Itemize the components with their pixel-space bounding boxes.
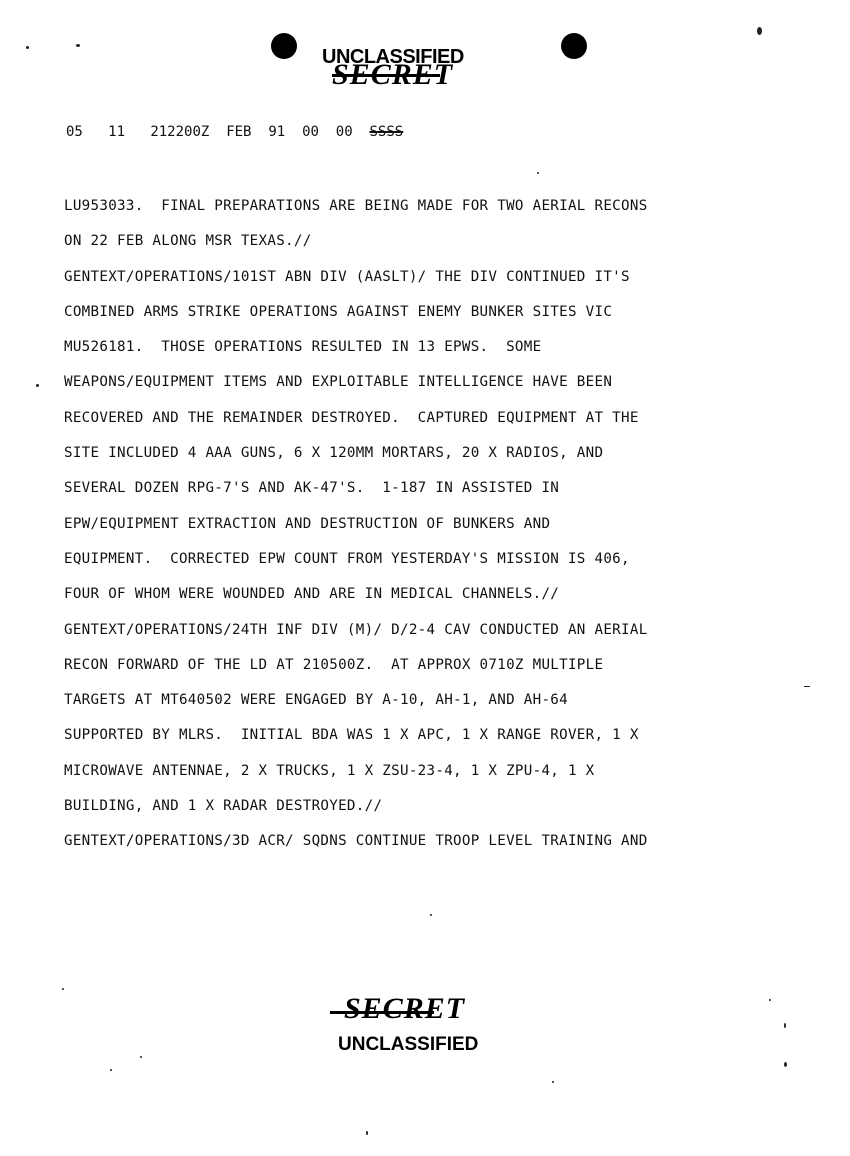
body-line: SUPPORTED BY MLRS. INITIAL BDA WAS 1 X A… — [64, 725, 804, 760]
body-line: BUILDING, AND 1 X RADAR DESTROYED.// — [64, 796, 804, 831]
header-field-code-b: 00 — [336, 124, 353, 140]
scan-speck — [804, 686, 810, 687]
body-line: LU953033. FINAL PREPARATIONS ARE BEING M… — [64, 196, 804, 231]
body-line: WEAPONS/EQUIPMENT ITEMS AND EXPLOITABLE … — [64, 372, 804, 407]
body-line: COMBINED ARMS STRIKE OPERATIONS AGAINST … — [64, 302, 804, 337]
scan-speck — [784, 1023, 786, 1028]
header-field-month: FEB — [226, 124, 251, 140]
scan-speck — [430, 914, 432, 916]
message-body: LU953033. FINAL PREPARATIONS ARE BEING M… — [64, 196, 804, 867]
message-header-line: 05 11 212200Z FEB 91 00 00 SSSS — [66, 124, 403, 140]
scan-speck — [366, 1131, 368, 1135]
body-line: MICROWAVE ANTENNAE, 2 X TRUCKS, 1 X ZSU-… — [64, 761, 804, 796]
scan-speck — [36, 384, 39, 387]
scanned-document-page: SECRET UNCLASSIFIED 05 11 212200Z FEB 91… — [0, 0, 850, 1156]
header-struck-field: SSSS — [370, 124, 404, 140]
body-line: RECON FORWARD OF THE LD AT 210500Z. AT A… — [64, 655, 804, 690]
strikethrough-line — [332, 74, 440, 77]
body-line: SEVERAL DOZEN RPG-7'S AND AK-47'S. 1-187… — [64, 478, 804, 513]
body-line: GENTEXT/OPERATIONS/101ST ABN DIV (AASLT)… — [64, 267, 804, 302]
body-line: GENTEXT/OPERATIONS/3D ACR/ SQDNS CONTINU… — [64, 831, 804, 866]
scan-speck — [784, 1062, 787, 1067]
strikethrough-line — [330, 1011, 434, 1014]
scan-speck — [62, 988, 64, 990]
unclassified-marking: UNCLASSIFIED — [338, 1034, 478, 1056]
body-line: SITE INCLUDED 4 AAA GUNS, 6 X 120MM MORT… — [64, 443, 804, 478]
scan-speck — [26, 46, 29, 49]
body-line: GENTEXT/OPERATIONS/24TH INF DIV (M)/ D/2… — [64, 620, 804, 655]
punch-hole-right — [561, 33, 587, 59]
scan-speck — [76, 44, 80, 47]
header-field-dtg: 212200Z — [150, 124, 209, 140]
body-line: ON 22 FEB ALONG MSR TEXAS.// — [64, 231, 804, 266]
scan-speck — [140, 1056, 142, 1058]
body-line: MU526181. THOSE OPERATIONS RESULTED IN 1… — [64, 337, 804, 372]
struck-secret-marking: SECRET — [344, 992, 465, 1026]
scan-speck — [552, 1081, 554, 1083]
header-field-page: 05 — [66, 124, 83, 140]
punch-hole-left — [271, 33, 297, 59]
top-classification-stamp: SECRET UNCLASSIFIED — [320, 46, 520, 96]
body-line: TARGETS AT MT640502 WERE ENGAGED BY A-10… — [64, 690, 804, 725]
body-line: EQUIPMENT. CORRECTED EPW COUNT FROM YEST… — [64, 549, 804, 584]
header-field-code-a: 00 — [302, 124, 319, 140]
header-field-section: 11 — [108, 124, 125, 140]
header-field-year: 91 — [268, 124, 285, 140]
body-line: FOUR OF WHOM WERE WOUNDED AND ARE IN MED… — [64, 584, 804, 619]
bottom-classification-stamp: SECRET UNCLASSIFIED — [330, 992, 530, 1062]
scan-speck — [769, 999, 771, 1001]
scan-speck — [757, 27, 762, 35]
scan-speck — [537, 172, 539, 174]
body-line: EPW/EQUIPMENT EXTRACTION AND DESTRUCTION… — [64, 514, 804, 549]
body-line: RECOVERED AND THE REMAINDER DESTROYED. C… — [64, 408, 804, 443]
unclassified-marking: UNCLASSIFIED — [322, 46, 464, 68]
scan-speck — [110, 1069, 112, 1071]
